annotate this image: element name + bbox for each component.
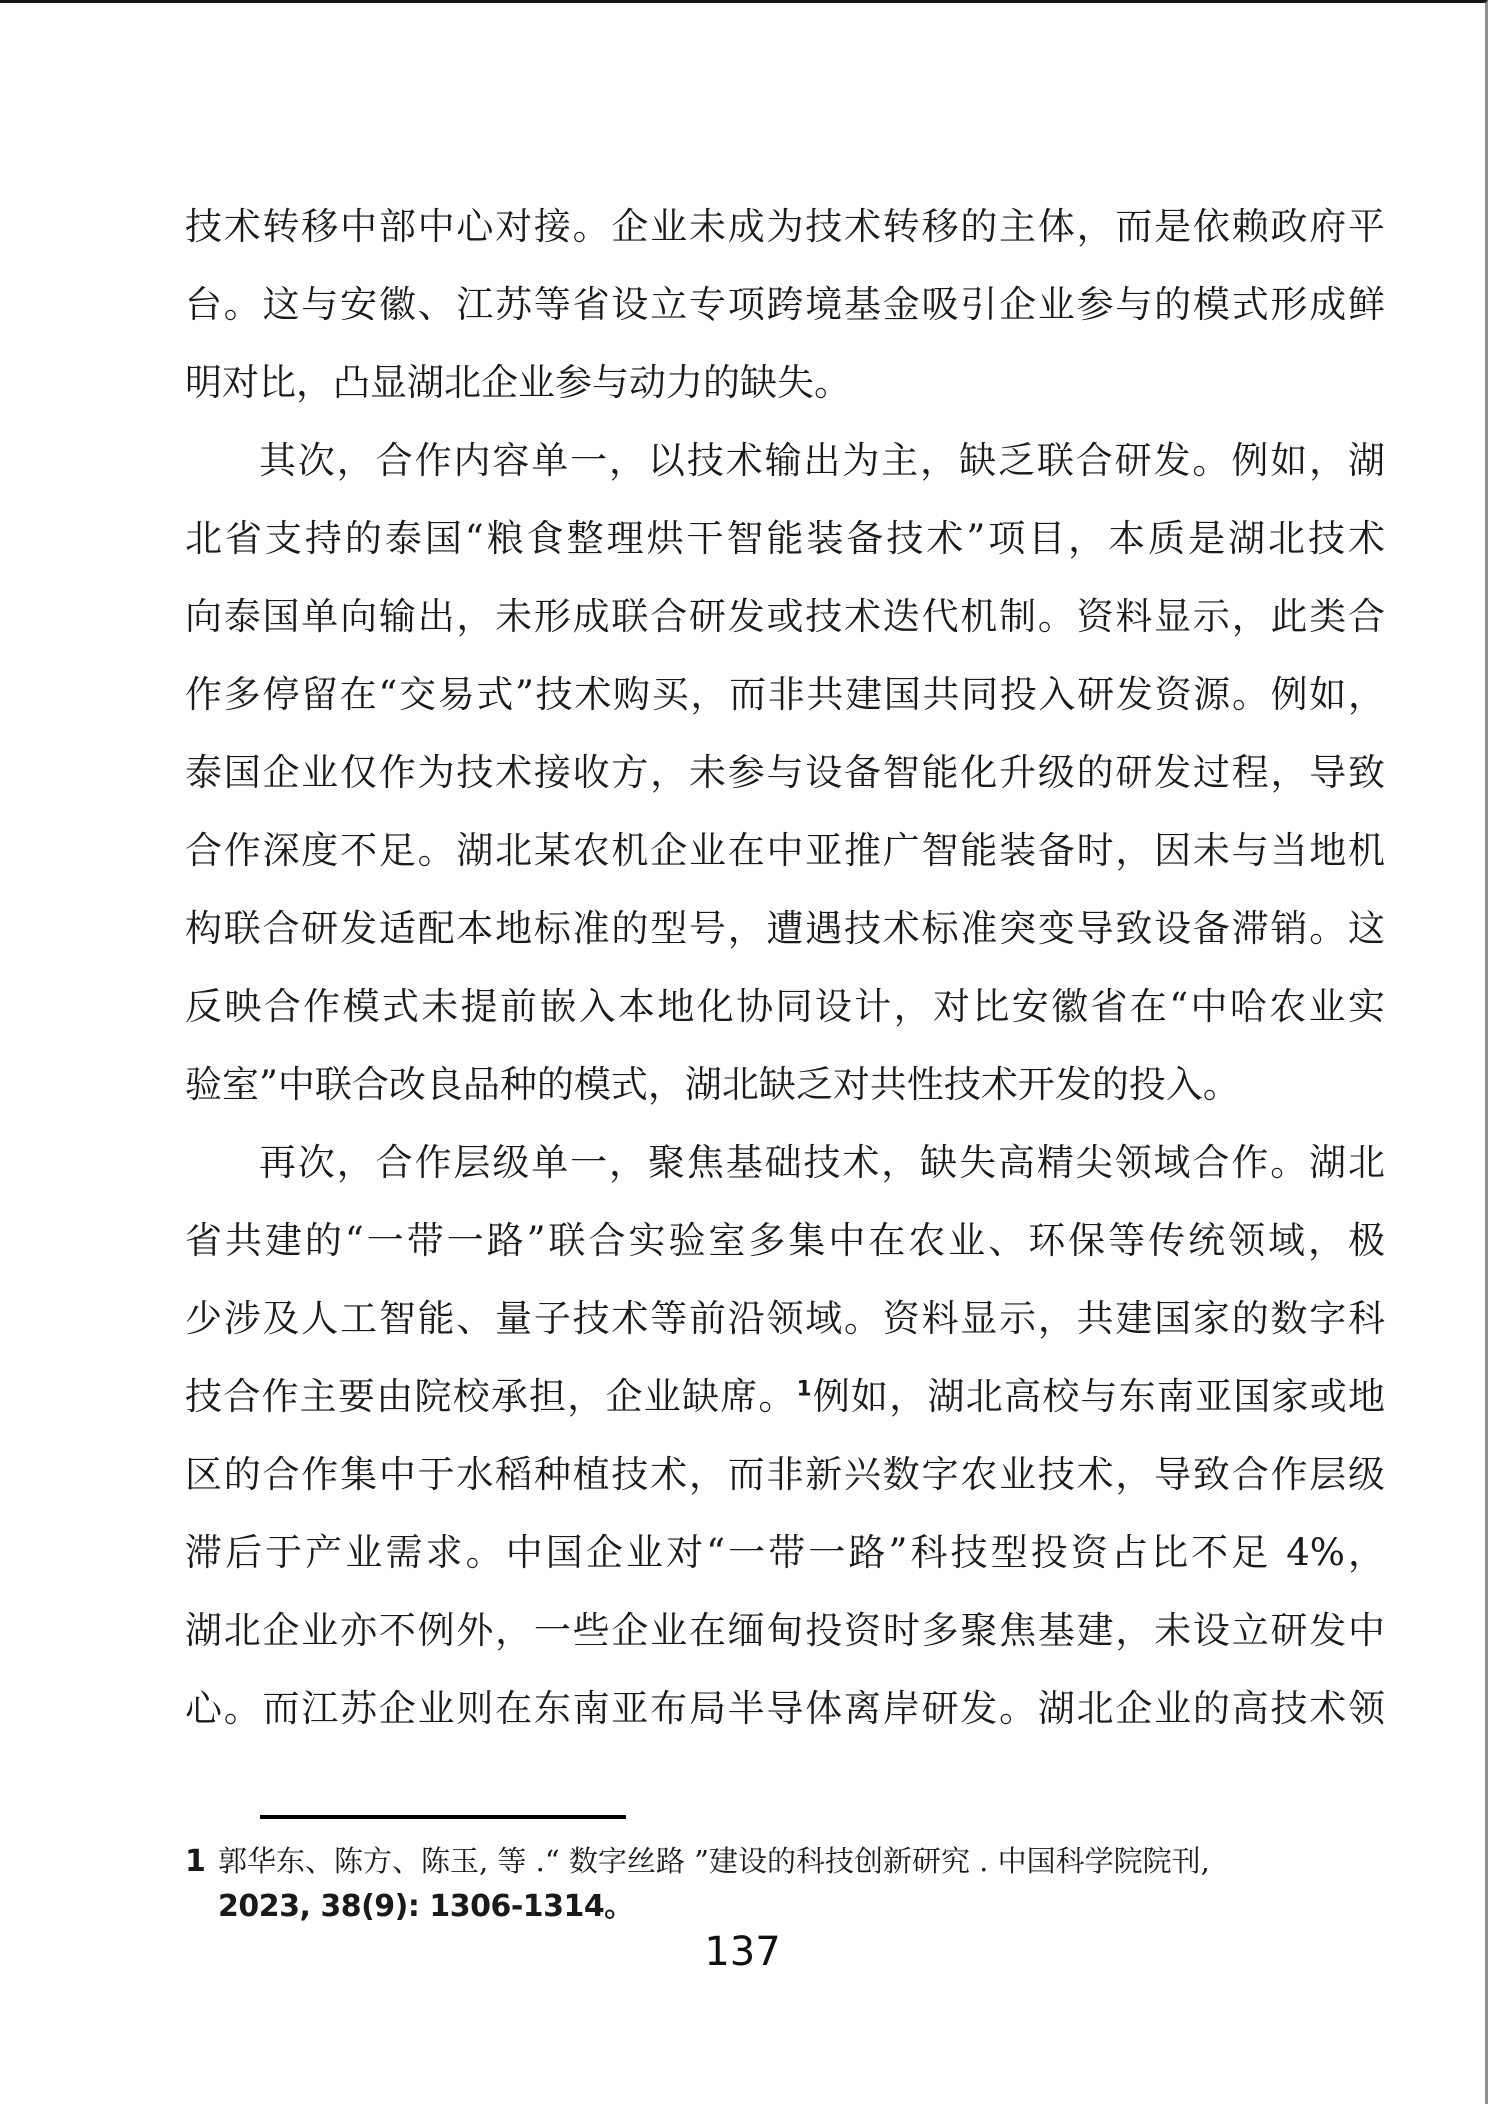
body-line: 台。这与安徽、江苏等省设立专项跨境基金吸引企业参与的模式形成鲜 bbox=[185, 266, 1385, 344]
body-text: 技术转移中部中心对接。企业未成为技术转移的主体，而是依赖政府平 台。这与安徽、江… bbox=[185, 188, 1385, 1748]
body-line: 心。而江苏企业则在东南亚布局半导体离岸研发。湖北企业的高技术领 bbox=[185, 1670, 1385, 1748]
body-line: 其次，合作内容单一，以技术输出为主，缺乏联合研发。例如，湖 bbox=[185, 422, 1385, 500]
document-page: 技术转移中部中心对接。企业未成为技术转移的主体，而是依赖政府平 台。这与安徽、江… bbox=[0, 0, 1488, 2104]
line-segment: 例如，湖北高校与东南亚国家或地 bbox=[812, 1375, 1385, 1418]
footnote: 1 郭华东、陈方、陈玉, 等 .“ 数字丝路 ”建设的科技创新研究 . 中国科学… bbox=[185, 1839, 1365, 1929]
body-line: 滞后于产业需求。中国企业对“一带一路”科技型投资占比不足 4%， bbox=[185, 1514, 1385, 1592]
body-line: 北省支持的泰国“粮食整理烘干智能装备技术”项目，本质是湖北技术 bbox=[185, 500, 1385, 578]
body-line: 向泰国单向输出，未形成联合研发或技术迭代机制。资料显示，此类合 bbox=[185, 578, 1385, 656]
body-line: 验室”中联合改良品种的模式，湖北缺乏对共性技术开发的投入。 bbox=[185, 1046, 1385, 1124]
footnote-separator bbox=[260, 1815, 626, 1819]
body-line: 明对比，凸显湖北企业参与动力的缺失。 bbox=[185, 344, 1385, 422]
body-line: 合作深度不足。湖北某农机企业在中亚推广智能装备时，因未与当地机 bbox=[185, 812, 1385, 890]
body-line: 再次，合作层级单一，聚焦基础技术，缺失高精尖领域合作。湖北 bbox=[185, 1124, 1385, 1202]
body-line: 区的合作集中于水稻种植技术，而非新兴数字农业技术，导致合作层级 bbox=[185, 1436, 1385, 1514]
footnote-marker: 1 bbox=[185, 1839, 206, 1884]
body-line: 技合作主要由院校承担，企业缺席。1例如，湖北高校与东南亚国家或地 bbox=[185, 1358, 1385, 1436]
body-line: 技术转移中部中心对接。企业未成为技术转移的主体，而是依赖政府平 bbox=[185, 188, 1385, 266]
page-number: 137 bbox=[0, 1929, 1485, 1975]
footnote-line: 2023, 38(9): 1306-1314。 bbox=[218, 1884, 1365, 1929]
body-line: 少涉及人工智能、量子技术等前沿领域。资料显示，共建国家的数字科 bbox=[185, 1280, 1385, 1358]
body-line: 泰国企业仅作为技术接收方，未参与设备智能化升级的研发过程，导致 bbox=[185, 734, 1385, 812]
footnote-line: 郭华东、陈方、陈玉, 等 .“ 数字丝路 ”建设的科技创新研究 . 中国科学院院… bbox=[218, 1839, 1365, 1884]
body-line: 湖北企业亦不例外，一些企业在缅甸投资时多聚焦基建，未设立研发中 bbox=[185, 1592, 1385, 1670]
footnote-ref: 1 bbox=[797, 1377, 812, 1402]
body-line: 反映合作模式未提前嵌入本地化协同设计，对比安徽省在“中哈农业实 bbox=[185, 968, 1385, 1046]
body-line: 作多停留在“交易式”技术购买，而非共建国共同投入研发资源。例如， bbox=[185, 656, 1385, 734]
body-line: 构联合研发适配本地标准的型号，遭遇技术标准突变导致设备滞销。这 bbox=[185, 890, 1385, 968]
body-line: 省共建的“一带一路”联合实验室多集中在农业、环保等传统领域，极 bbox=[185, 1202, 1385, 1280]
line-segment: 技合作主要由院校承担，企业缺席。 bbox=[185, 1375, 797, 1418]
